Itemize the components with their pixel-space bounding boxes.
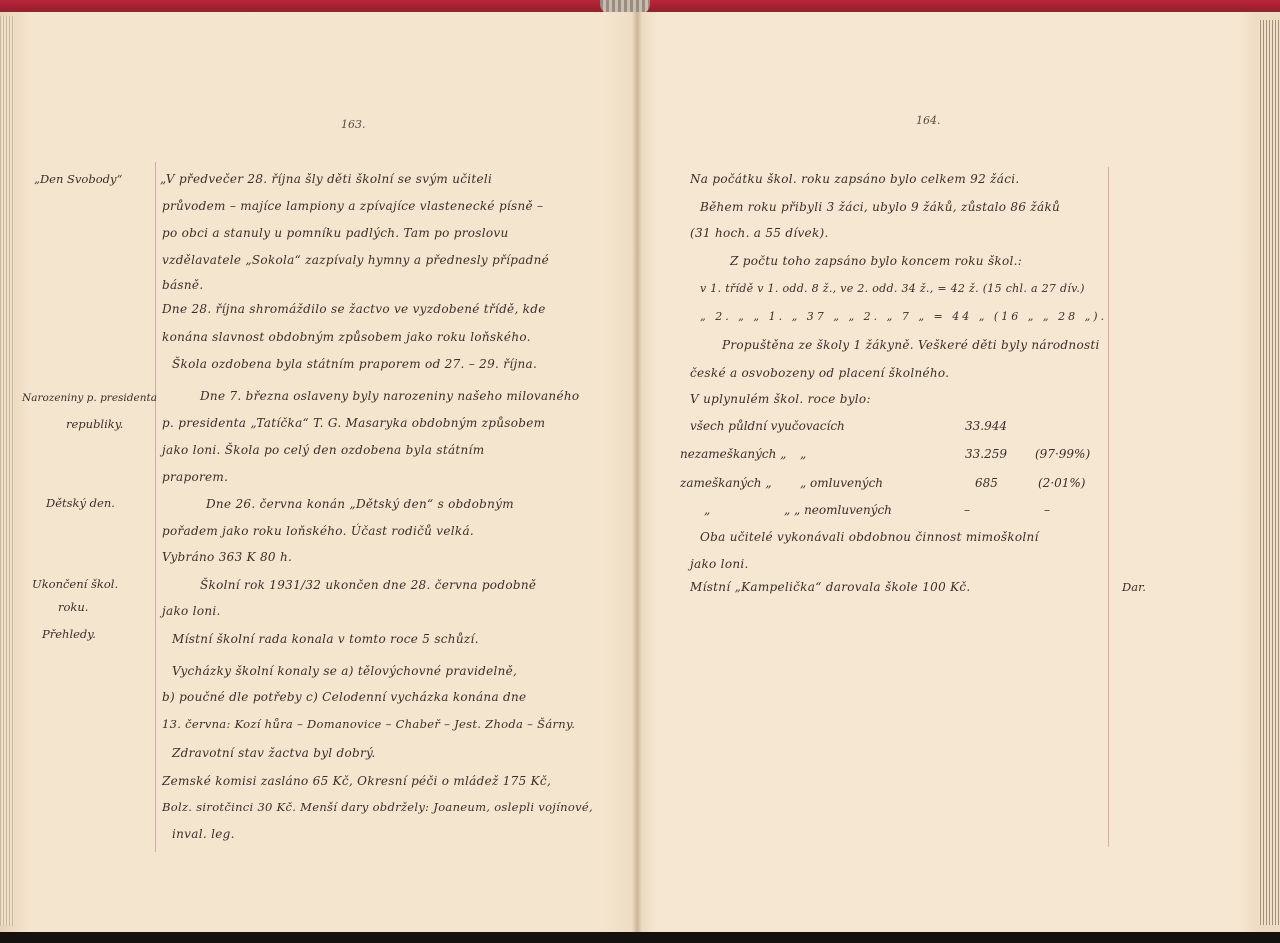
margin-note: republiky.: [66, 417, 123, 431]
book-gutter: [632, 12, 642, 932]
attendance-label: „: [704, 503, 710, 517]
attendance-label: všech půldní vyučovacích: [690, 419, 845, 433]
text-line: po obci a stanuly u pomníku padlých. Tam…: [162, 226, 509, 240]
attendance-row: nezameškaných „ „ 33.259 (97·99%): [680, 447, 1110, 465]
text-line: Vybráno 363 K 80 h.: [162, 550, 292, 564]
attendance-sub: „ omluvených: [800, 476, 883, 490]
text-line: průvodem – majíce lampiony a zpívajíce v…: [162, 199, 543, 213]
attendance-sub: „: [800, 447, 806, 461]
text-line: V uplynulém škol. roce bylo:: [690, 392, 871, 406]
attendance-value: 33.259: [965, 447, 1007, 461]
margin-note: Dar.: [1122, 580, 1146, 594]
margin-note: „Den Svobody“: [34, 172, 122, 186]
attendance-value: 685: [975, 476, 998, 490]
open-ledger: 163. „Den Svobody“ Narozeniny p. preside…: [0, 12, 1280, 932]
text-line: Vycházky školní konaly se a) tělovýchovn…: [172, 664, 517, 678]
attendance-sub: „ „ neomluvených: [784, 503, 892, 517]
text-line: Škola ozdobena byla státním praporem od …: [172, 357, 537, 371]
text-line: „ 2. „ „ 1. „ 37 „ „ 2. „ 7 „ = 44 „ (16…: [700, 310, 1107, 323]
text-line: vzdělavatele „Sokola“ zazpívaly hymny a …: [162, 253, 549, 267]
margin-note: Dětský den.: [46, 496, 115, 510]
background-bottom: [0, 932, 1280, 943]
attendance-percent: (2·01%): [1038, 476, 1085, 490]
margin-rule: [155, 162, 156, 852]
attendance-value: –: [964, 503, 970, 517]
text-line: 13. června: Kozí hůra – Domanovice – Cha…: [162, 717, 575, 731]
margin-note: Přehledy.: [42, 627, 96, 641]
text-line: pořadem jako roku loňského. Účast rodičů…: [162, 524, 474, 538]
attendance-value: 33.944: [965, 419, 1007, 433]
attendance-row: všech půldní vyučovacích 33.944: [690, 419, 1110, 437]
text-line: konána slavnost obdobným způsobem jako r…: [162, 330, 531, 344]
text-line: Bolz. sirotčinci 30 Kč. Menší dary obdrž…: [162, 800, 593, 814]
text-line: Místní školní rada konala v tomto roce 5…: [172, 632, 479, 646]
attendance-label: zameškaných „: [680, 476, 772, 490]
page-edges-left: [0, 16, 14, 926]
attendance-percent: (97·99%): [1035, 447, 1090, 461]
left-page: 163. „Den Svobody“ Narozeniny p. preside…: [0, 12, 638, 932]
text-line: praporem.: [162, 470, 228, 484]
text-line: Propuštěna ze školy 1 žákyně. Veškeré dě…: [722, 338, 1100, 352]
margin-note: Ukončení škol.: [32, 577, 118, 591]
text-line: Místní „Kampelička“ darovala škole 100 K…: [690, 580, 971, 594]
text-line: Z počtu toho zapsáno bylo koncem roku šk…: [730, 254, 1022, 268]
text-line: Dne 7. března oslaveny byly narozeniny n…: [200, 389, 579, 403]
right-page: 164. Dar. Na počátku škol. roku zapsáno …: [638, 12, 1280, 932]
text-line: Během roku přibyli 3 žáci, ubylo 9 žáků,…: [700, 200, 1060, 214]
page-number: 164.: [916, 114, 941, 127]
page-number: 163.: [341, 118, 366, 131]
text-line: jako loni.: [162, 604, 221, 618]
text-line: b) poučné dle potřeby c) Celodenní vychá…: [162, 690, 526, 704]
text-line: jako loni. Škola po celý den ozdobena by…: [162, 443, 484, 457]
text-line: Dne 28. října shromáždilo se žactvo ve v…: [162, 302, 546, 316]
text-line: jako loni.: [690, 557, 749, 571]
margin-note: roku.: [58, 600, 88, 614]
text-line: básně.: [162, 278, 203, 292]
text-line: (31 hoch. a 55 dívek).: [690, 226, 829, 240]
text-line: Na počátku škol. roku zapsáno bylo celke…: [690, 172, 1020, 186]
text-line: v 1. třídě v 1. odd. 8 ž., ve 2. odd. 34…: [700, 282, 1085, 295]
text-line: Oba učitelé vykonávali obdobnou činnost …: [700, 530, 1039, 544]
margin-note: Narozeniny p. presidenta: [22, 392, 157, 404]
attendance-row: zameškaných „ „ omluvených 685 (2·01%): [680, 476, 1110, 494]
text-line: „V předvečer 28. října šly děti školní s…: [160, 172, 492, 186]
text-line: inval. leg.: [172, 827, 235, 841]
attendance-percent: –: [1044, 503, 1050, 517]
text-line: Školní rok 1931/32 ukončen dne 28. červn…: [200, 578, 536, 592]
attendance-row: „ „ „ neomluvených – –: [704, 503, 1114, 521]
attendance-label: nezameškaných „: [680, 447, 786, 461]
text-line: Zemské komisi zasláno 65 Kč, Okresní péč…: [162, 774, 551, 788]
text-line: české a osvobozeny od placení školného.: [690, 366, 949, 380]
text-line: p. presidenta „Tatíčka“ T. G. Masaryka o…: [162, 416, 545, 430]
text-line: Zdravotní stav žactva byl dobrý.: [172, 746, 376, 760]
page-edges-right: [1258, 20, 1280, 925]
text-line: Dne 26. června konán „Dětský den“ s obdo…: [206, 497, 514, 511]
